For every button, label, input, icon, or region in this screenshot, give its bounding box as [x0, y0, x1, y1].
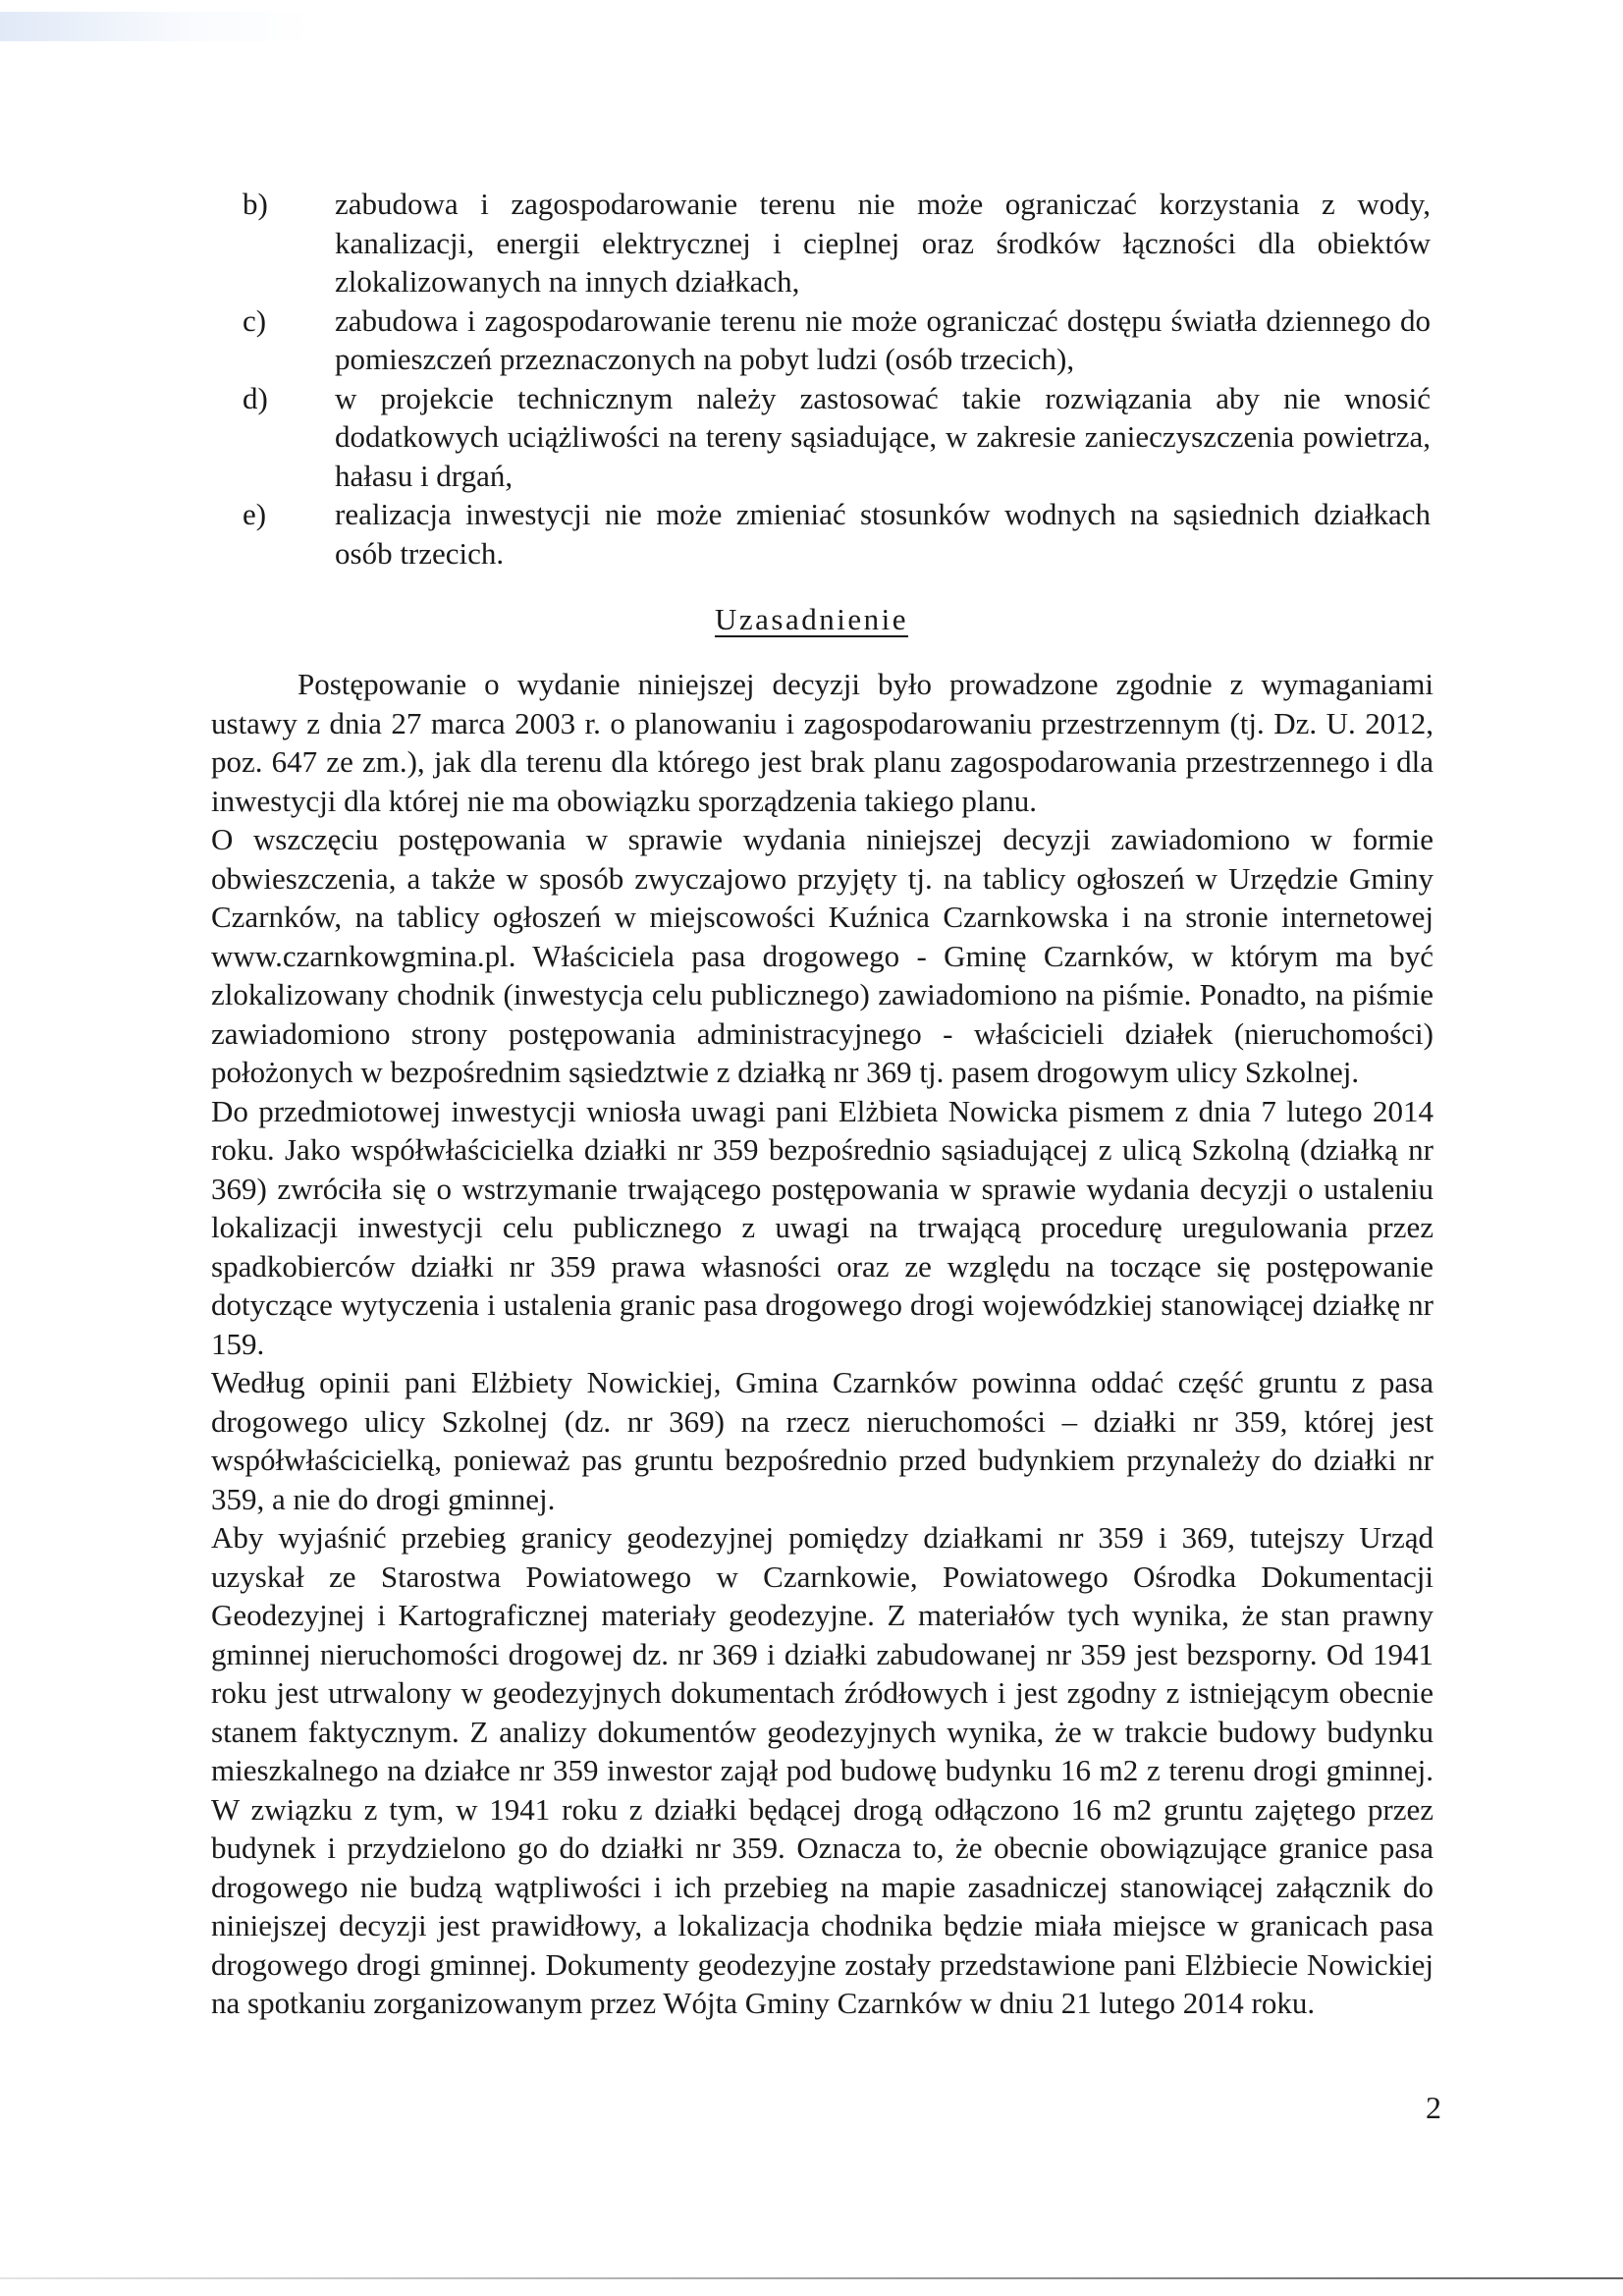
condition-item-b: b) zabudowa i zagospodarowanie terenu ni…	[243, 185, 1431, 301]
condition-text: w projekcie technicznym należy zastosowa…	[335, 381, 1431, 493]
paragraph-notification: O wszczęciu postępowania w sprawie wydan…	[211, 820, 1434, 1092]
page-number: 2	[1426, 2090, 1441, 2126]
section-heading: Uzasadnienie	[0, 602, 1623, 637]
justification-body: Postępowanie o wydanie niniejszej decyzj…	[211, 665, 1434, 2023]
list-marker: e)	[243, 495, 266, 534]
condition-item-e: e) realizacja inwestycji nie może zmieni…	[243, 495, 1431, 573]
scan-bottom-edge	[0, 2277, 1623, 2279]
paragraph-procedure: Postępowanie o wydanie niniejszej decyzj…	[211, 665, 1434, 820]
list-marker: d)	[243, 379, 268, 418]
paragraph-opinion: Według opinii pani Elżbiety Nowickiej, G…	[211, 1363, 1434, 1518]
condition-text: realizacja inwestycji nie może zmieniać …	[335, 497, 1431, 571]
condition-item-c: c) zabudowa i zagospodarowanie terenu ni…	[243, 301, 1431, 379]
paragraph-geodetic-findings: Aby wyjaśnić przebieg granicy geodezyjne…	[211, 1518, 1434, 2023]
condition-text: zabudowa i zagospodarowanie terenu nie m…	[335, 303, 1431, 377]
paragraph-objection: Do przedmiotowej inwestycji wniosła uwag…	[211, 1092, 1434, 1364]
list-marker: b)	[243, 185, 268, 224]
section-heading-text: Uzasadnienie	[715, 602, 908, 636]
list-marker: c)	[243, 301, 266, 341]
condition-text: zabudowa i zagospodarowanie terenu nie m…	[335, 187, 1431, 299]
condition-item-d: d) w projekcie technicznym należy zastos…	[243, 379, 1431, 496]
conditions-list: b) zabudowa i zagospodarowanie terenu ni…	[243, 185, 1431, 573]
document-page: b) zabudowa i zagospodarowanie terenu ni…	[0, 0, 1623, 2296]
